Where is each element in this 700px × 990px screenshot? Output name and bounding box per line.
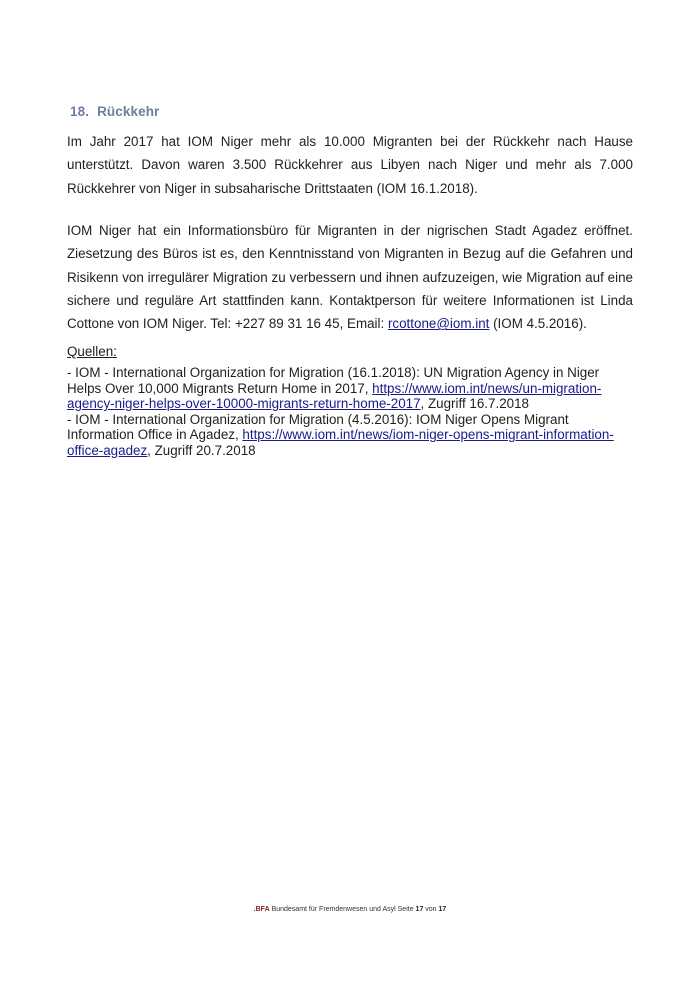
paragraph-text-tail: (IOM 4.5.2016).: [489, 316, 587, 331]
paragraph-return-stats: Im Jahr 2017 hat IOM Niger mehr als 10.0…: [67, 130, 633, 200]
page-total: 17: [439, 906, 447, 913]
source-item: - IOM - International Organization for M…: [67, 365, 637, 412]
section-title: Rückkehr: [97, 104, 159, 119]
paragraph-text: IOM Niger hat ein Informationsbüro für M…: [67, 223, 633, 331]
page-footer: .BFA Bundesamt für Fremdenwesen und Asyl…: [0, 906, 700, 913]
section-number: 18.: [70, 104, 89, 119]
source-access-date: , Zugriff 16.7.2018: [421, 396, 529, 411]
footer-org: Bundesamt für Fremdenwesen und Asyl Seit…: [270, 906, 416, 913]
document-page: 18.Rückkehr Im Jahr 2017 hat IOM Niger m…: [0, 0, 700, 990]
paragraph-info-office: IOM Niger hat ein Informationsbüro für M…: [67, 219, 633, 335]
source-access-date: , Zugriff 20.7.2018: [147, 443, 255, 458]
brand-name: BFA: [256, 906, 270, 913]
sources-label: Quellen:: [67, 343, 637, 360]
bfa-logo-text: .BFA: [254, 906, 270, 913]
section-heading: 18.Rückkehr: [70, 104, 159, 119]
sources-section: Quellen: - IOM - International Organizat…: [67, 343, 637, 458]
page-separator: von: [423, 906, 438, 913]
email-link[interactable]: rcottone@iom.int: [388, 316, 489, 331]
source-item: - IOM - International Organization for M…: [67, 412, 637, 459]
